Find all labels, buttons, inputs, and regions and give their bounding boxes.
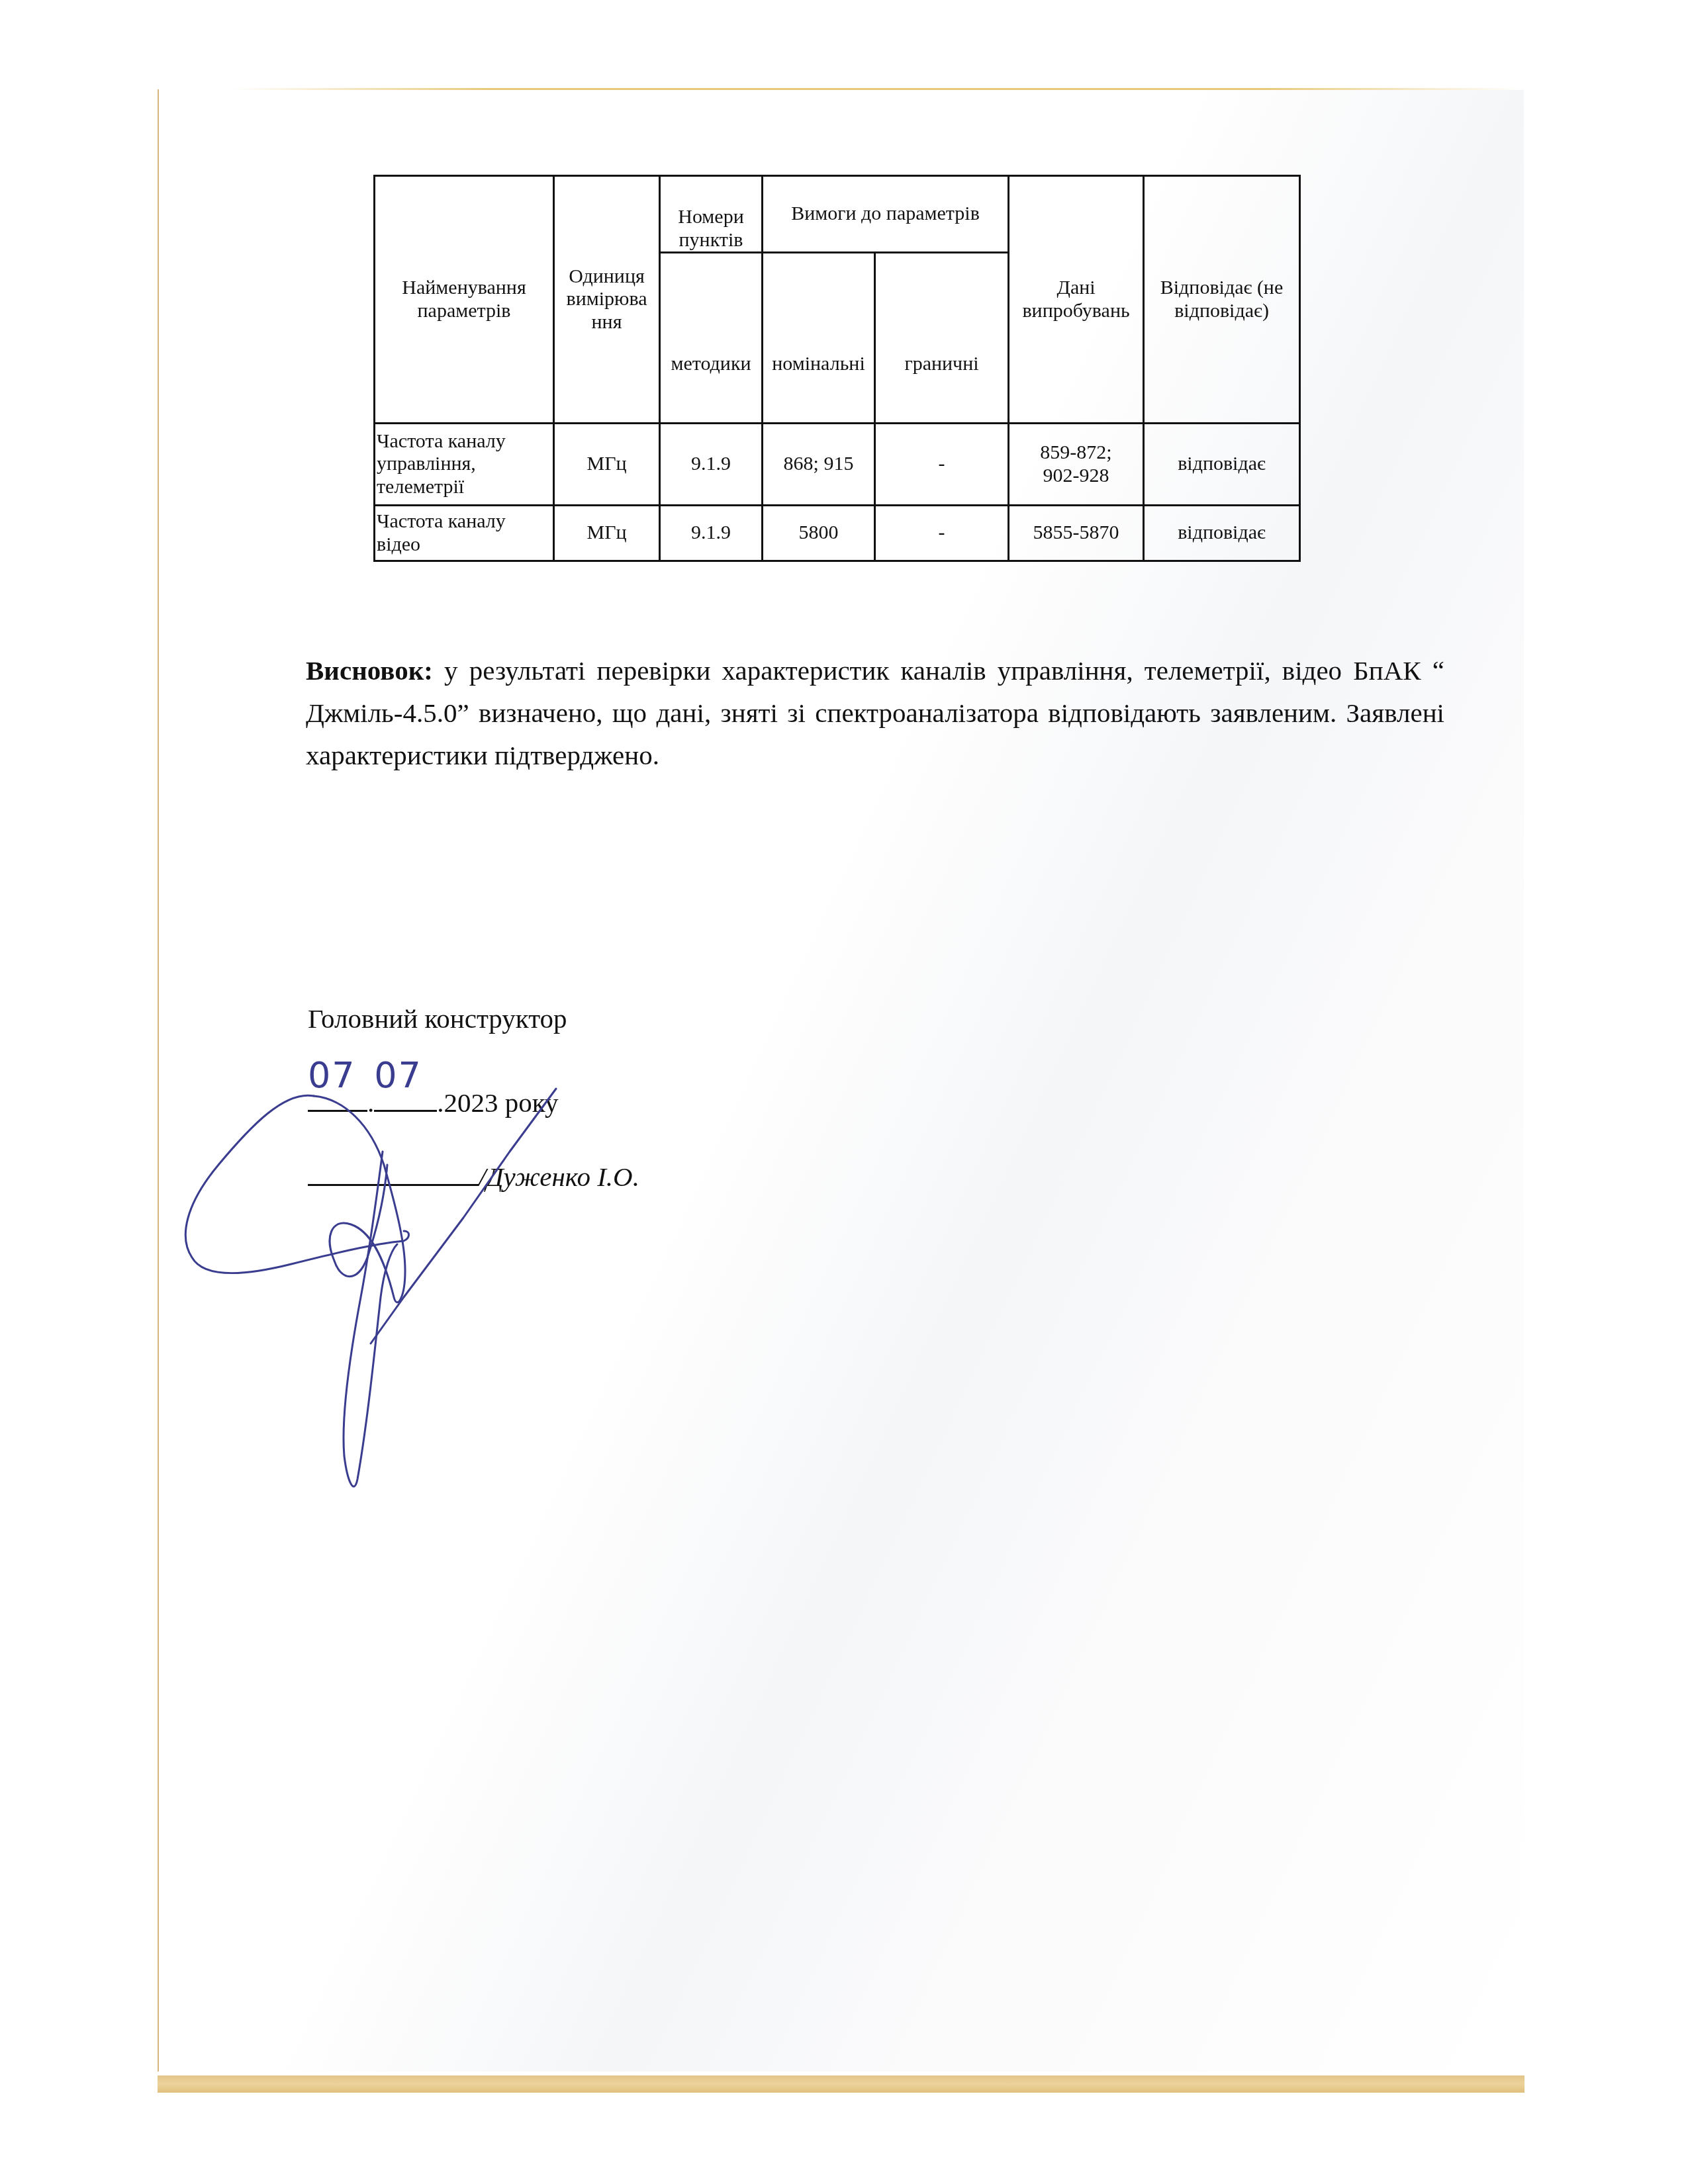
header-name: Найменування параметрів	[375, 176, 554, 424]
paper-top-edge	[232, 88, 1523, 90]
cell-name: Частота каналу управління, телеметрії	[375, 424, 554, 506]
date-day-handwritten: 07	[308, 1054, 356, 1096]
cell-limit: -	[875, 506, 1009, 561]
header-unit: Одиниця вимірюва ння	[554, 176, 660, 424]
cell-nominal: 5800	[763, 506, 875, 561]
header-nominal: номінальні	[763, 253, 875, 424]
table-row: Частота каналу відео МГц 9.1.9 5800 - 58…	[375, 506, 1300, 561]
cell-compliance: відповідає	[1144, 424, 1300, 506]
conclusion-label: Висновок:	[306, 655, 433, 686]
cell-unit: МГц	[554, 506, 660, 561]
header-requirements-group: Вимоги до параметрів	[763, 176, 1009, 253]
header-method: методики	[660, 253, 763, 424]
position-title: Головний конструктор	[308, 1003, 567, 1034]
cell-test-data: 5855-5870	[1009, 506, 1144, 561]
header-limit: граничні	[875, 253, 1009, 424]
paper-bottom-edge	[158, 2075, 1524, 2093]
parameters-table: Найменування параметрів Одиниця вимірюва…	[373, 175, 1301, 562]
header-items-group: Номери пунктів	[660, 176, 763, 253]
cell-limit: -	[875, 424, 1009, 506]
conclusion-paragraph: Висновок: у результаті перевірки характе…	[306, 649, 1444, 776]
cell-name: Частота каналу відео	[375, 506, 554, 561]
header-compliance: Відповідає (не відповідає)	[1144, 176, 1300, 424]
table-row: Частота каналу управління, телеметрії МГ…	[375, 424, 1300, 506]
cell-item: 9.1.9	[660, 506, 763, 561]
signature-line: /Дуженко І.О.	[308, 1159, 639, 1193]
cell-item: 9.1.9	[660, 424, 763, 506]
header-test-data: Дані випробувань	[1009, 176, 1144, 424]
cell-test-data: 859-872; 902-928	[1009, 424, 1144, 506]
signatory-name: /Дуженко І.О.	[479, 1161, 639, 1192]
cell-compliance: відповідає	[1144, 506, 1300, 561]
conclusion-text: у результаті перевірки характеристик кан…	[306, 655, 1444, 770]
date-month-handwritten: 07	[374, 1054, 422, 1096]
date-year: .2023 року	[437, 1087, 558, 1118]
date-day-field: 07	[308, 1085, 367, 1112]
cell-nominal: 868; 915	[763, 424, 875, 506]
signature-field	[308, 1159, 479, 1186]
cell-unit: МГц	[554, 424, 660, 506]
date-line: 07.07.2023 року	[308, 1085, 559, 1118]
date-month-field: 07	[374, 1085, 437, 1112]
